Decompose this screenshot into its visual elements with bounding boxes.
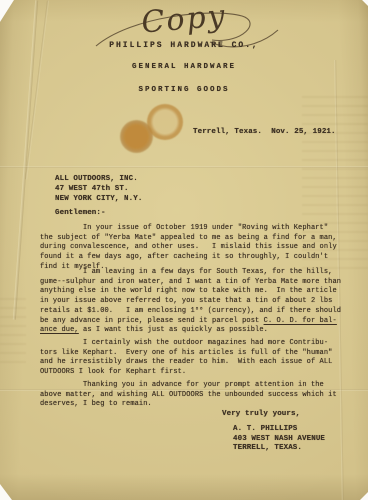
- body-text-line: retails at $1.00. I am enclosing 1⁰⁰ (cu…: [40, 307, 341, 317]
- recipient-line: NEW YORK CITY, N.Y.: [55, 194, 142, 204]
- signature-street: 403 WEST NASH AVENUE: [233, 435, 325, 445]
- body-paragraph-1: In your issue of October 1919 under "Rov…: [40, 224, 337, 273]
- recipient-line: 47 WEST 47th ST.: [55, 184, 142, 194]
- signature-name: A. T. PHILLIPS: [233, 425, 325, 435]
- company-name: PHILLIPS HARDWARE CO.,: [0, 41, 368, 50]
- paper: Copy PHILLIPS HARDWARE CO., GENERAL HARD…: [0, 0, 368, 500]
- closing-valediction: Very truly yours,: [222, 410, 300, 418]
- body-text-line-cod: be any advance in price, please send it …: [40, 317, 341, 327]
- body-text-line: gume--sulphur and iron water, and I want…: [40, 278, 341, 288]
- body-text-line: deserves, I beg to remain.: [40, 400, 337, 410]
- ink-ghost-smudge: [0, 298, 26, 368]
- body-text-line: the subject of "Yerba Mate" appealed to …: [40, 234, 337, 244]
- body-text-line: during convalescence, and other uses. I …: [40, 243, 337, 253]
- body-text-line: Thanking you in advance for your prompt …: [40, 381, 337, 391]
- body-text-line: in your issue above referred to, you sta…: [40, 297, 341, 307]
- salutation: Gentlemen:-: [55, 209, 106, 217]
- body-paragraph-4: Thanking you in advance for your prompt …: [40, 381, 337, 410]
- signature-block: A. T. PHILLIPS 403 WEST NASH AVENUE TERR…: [233, 425, 325, 454]
- company-line-sporting-goods: SPORTING GOODS: [0, 86, 368, 94]
- ring-stain: [147, 104, 183, 140]
- cod-line-rest: as I want this just as quickly as possib…: [79, 326, 268, 334]
- cod-underlined-text: ance due,: [40, 326, 79, 334]
- dateline: Terrell, Texas. Nov. 25, 1921.: [193, 128, 336, 136]
- body-text-line-cod: ance due, as I want this just as quickly…: [40, 326, 341, 336]
- cod-underlined-text: C. O. D. for bal-: [264, 317, 337, 325]
- recipient-line: ALL OUTDOORS, INC.: [55, 174, 142, 184]
- body-text-line: I am leaving in a few days for South Tex…: [40, 268, 341, 278]
- round-stain: [120, 120, 153, 153]
- letter-photo: Copy PHILLIPS HARDWARE CO., GENERAL HARD…: [0, 0, 368, 500]
- body-text-line: OUTDOORS I look for Kephart first.: [40, 368, 332, 378]
- body-text-line: and he irresistibly draws the reader to …: [40, 358, 332, 368]
- paper-fold-line: [0, 166, 368, 168]
- body-paragraph-2: I am leaving in a few days for South Tex…: [40, 268, 341, 336]
- body-text-line: I certainly wish the outdoor magazines h…: [40, 339, 332, 349]
- body-text-line: found it a few days ago, after cacheing …: [40, 253, 337, 263]
- recipient-address: ALL OUTDOORS, INC. 47 WEST 47th ST. NEW …: [55, 174, 142, 204]
- body-text-line: anything else in the world right now to …: [40, 287, 341, 297]
- cod-line-pre: be any advance in price, please send it …: [40, 317, 264, 325]
- body-text-line: In your issue of October 1919 under "Rov…: [40, 224, 337, 234]
- body-paragraph-3: I certainly wish the outdoor magazines h…: [40, 339, 332, 378]
- body-text-line: above matter, and wishing ALL OUTDOORS t…: [40, 391, 337, 401]
- signature-city: TERRELL, TEXAS.: [233, 444, 325, 454]
- company-line-general-hardware: GENERAL HARDWARE: [0, 63, 368, 71]
- body-text-line: tors like Kephart. Every one of his arti…: [40, 349, 332, 359]
